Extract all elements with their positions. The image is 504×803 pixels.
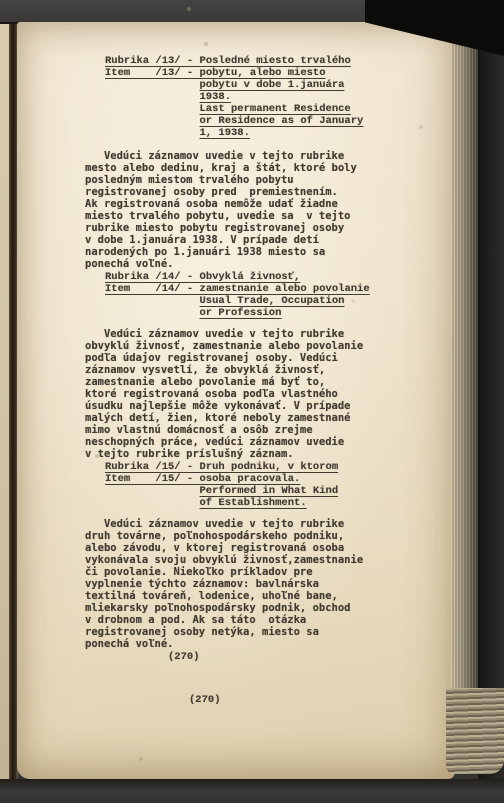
scanner-background-top — [0, 0, 378, 24]
book-fore-edge — [451, 38, 479, 774]
page-stack-edge — [446, 688, 504, 774]
scanner-background-bottom — [0, 779, 504, 803]
adjacent-page-edge — [0, 20, 9, 780]
paper-specks — [0, 0, 2, 2]
section-heading-14: Rubrika /14/ - Obvyklá živnosť,Item /14/… — [105, 271, 370, 319]
page-number: (270) — [168, 651, 200, 663]
section-body-13: Vedúci záznamov uvedie v tejto rubrike m… — [85, 150, 357, 270]
section-body-15: Vedúci záznamov uvedie v tejto rubrike d… — [85, 518, 363, 650]
page-number: (270) — [189, 694, 221, 706]
scanned-document-page: Rubrika /13/ - Posledné miesto trvaléhoI… — [0, 0, 504, 803]
section-heading-15: Rubrika /15/ - Druh podniku, v ktoromIte… — [105, 461, 338, 509]
section-heading-13: Rubrika /13/ - Posledné miesto trvaléhoI… — [105, 55, 363, 139]
section-body-14: Vedúci záznamov uvedie v tejto rubrike o… — [85, 328, 363, 460]
